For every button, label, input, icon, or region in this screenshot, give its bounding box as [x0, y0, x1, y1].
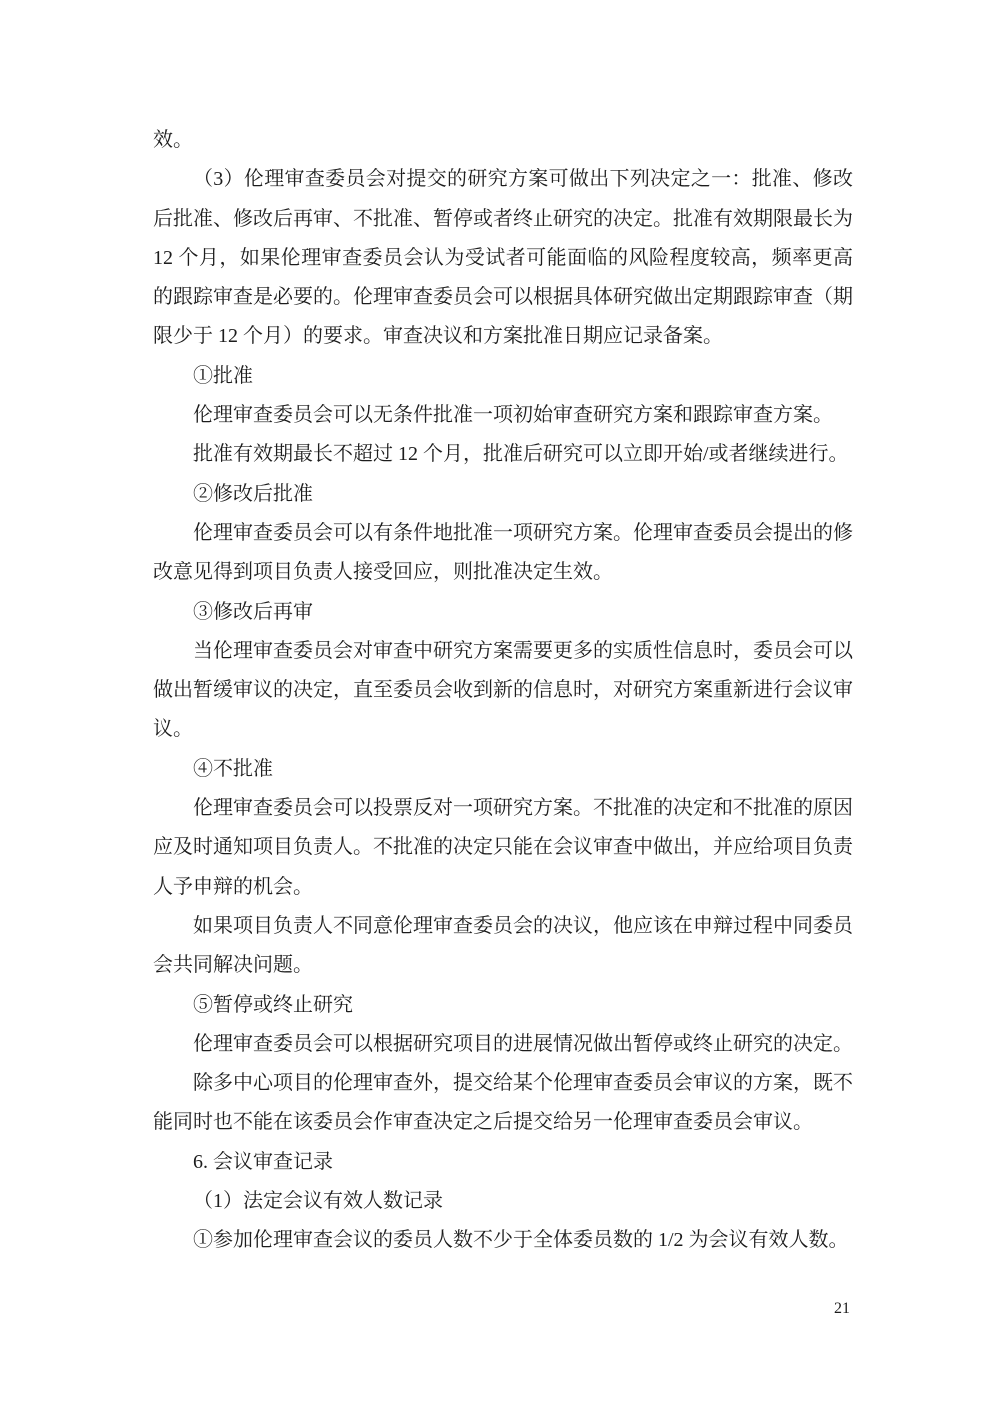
document-line: 除多中心项目的伦理审查外，提交给某个伦理审查委员会审议的方案，既不	[153, 1064, 853, 1103]
document-line: 的跟踪审查是必要的。伦理审查委员会可以根据具体研究做出定期跟踪审查（期	[153, 278, 853, 317]
document-line: ③修改后再审	[153, 593, 853, 632]
document-line: 当伦理审查委员会对审查中研究方案需要更多的实质性信息时，委员会可以	[153, 632, 853, 671]
document-page: 效。（3）伦理审查委员会对提交的研究方案可做出下列决定之一：批准、修改后批准、修…	[0, 0, 1000, 1413]
document-line: ⑤暂停或终止研究	[153, 986, 853, 1025]
document-line: 效。	[153, 121, 853, 160]
document-line: 伦理审查委员会可以根据研究项目的进展情况做出暂停或终止研究的决定。	[153, 1025, 853, 1064]
document-line: ②修改后批准	[153, 475, 853, 514]
document-line: 伦理审查委员会可以有条件地批准一项研究方案。伦理审查委员会提出的修	[153, 514, 853, 553]
document-line: ④不批准	[153, 750, 853, 789]
document-line: 能同时也不能在该委员会作审查决定之后提交给另一伦理审查委员会审议。	[153, 1103, 853, 1142]
document-line: 改意见得到项目负责人接受回应，则批准决定生效。	[153, 553, 853, 592]
document-line: 后批准、修改后再审、不批准、暂停或者终止研究的决定。批准有效期限最长为	[153, 200, 853, 239]
document-line: 做出暂缓审议的决定，直至委员会收到新的信息时，对研究方案重新进行会议审	[153, 671, 853, 710]
document-line: 伦理审查委员会可以投票反对一项研究方案。不批准的决定和不批准的原因	[153, 789, 853, 828]
document-line: （1）法定会议有效人数记录	[153, 1182, 853, 1221]
document-line: ①参加伦理审查会议的委员人数不少于全体委员数的 1/2 为会议有效人数。	[153, 1221, 853, 1260]
document-line: 议。	[153, 710, 853, 749]
document-line: 限少于 12 个月）的要求。审查决议和方案批准日期应记录备案。	[153, 317, 853, 356]
document-line: 12 个月，如果伦理审查委员会认为受试者可能面临的风险程度较高，频率更高	[153, 239, 853, 278]
document-line: 6. 会议审查记录	[153, 1143, 853, 1182]
document-line: 应及时通知项目负责人。不批准的决定只能在会议审查中做出，并应给项目负责	[153, 828, 853, 867]
page-number: 21	[153, 1298, 850, 1320]
document-line: 如果项目负责人不同意伦理审查委员会的决议，他应该在申辩过程中同委员	[153, 907, 853, 946]
document-line: 伦理审查委员会可以无条件批准一项初始审查研究方案和跟踪审查方案。	[153, 396, 853, 435]
document-line: 批准有效期最长不超过 12 个月，批准后研究可以立即开始/或者继续进行。	[153, 435, 853, 474]
document-line: 人予申辩的机会。	[153, 868, 853, 907]
document-line: 会共同解决问题。	[153, 946, 853, 985]
document-line: （3）伦理审查委员会对提交的研究方案可做出下列决定之一：批准、修改	[153, 160, 853, 199]
document-body: 效。（3）伦理审查委员会对提交的研究方案可做出下列决定之一：批准、修改后批准、修…	[153, 121, 853, 1261]
document-line: ①批准	[153, 357, 853, 396]
